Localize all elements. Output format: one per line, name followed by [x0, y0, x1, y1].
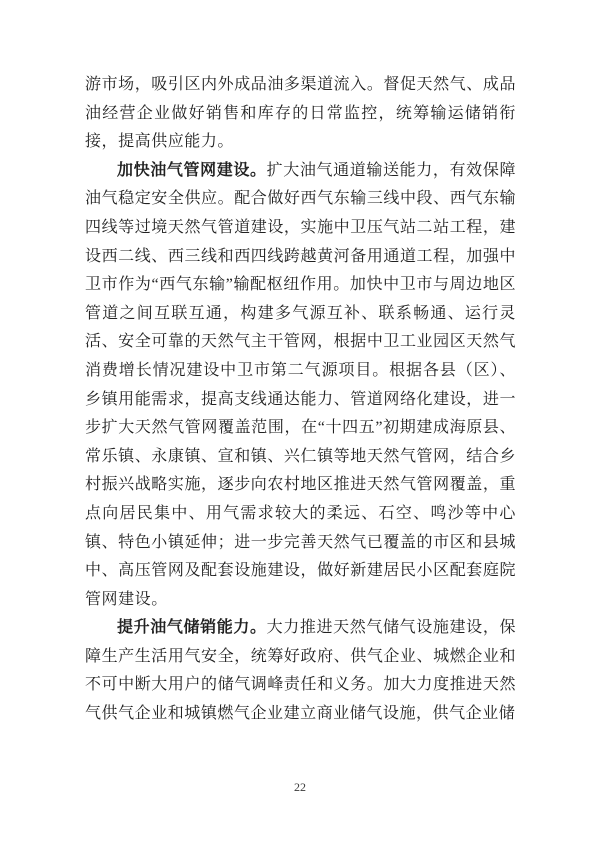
paragraph: 游市场，吸引区内外成品油多渠道流入。督促天然气、成品油经营企业做好销售和库存的日…: [85, 71, 516, 157]
paragraph-text: 游市场，吸引区内外成品油多渠道流入。督促天然气、成品油经营企业做好销售和库存的日…: [85, 76, 516, 150]
document-page: 游市场，吸引区内外成品油多渠道流入。督促天然气、成品油经营企业做好销售和库存的日…: [0, 0, 600, 848]
page-text-block: 游市场，吸引区内外成品油多渠道流入。督促天然气、成品油经营企业做好销售和库存的日…: [85, 71, 516, 729]
paragraph: 提升油气储销能力。大力推进天然气储气设施建设，保障生产生活用气安全，统筹好政府、…: [85, 614, 516, 728]
paragraph: 加快油气管网建设。扩大油气通道输送能力，有效保障油气稳定安全供应。配合做好西气东…: [85, 157, 516, 615]
paragraph-lead: 提升油气储销能力。: [117, 619, 267, 636]
paragraph-text: 扩大油气通道输送能力，有效保障油气稳定安全供应。配合做好西气东输三线中段、西气东…: [85, 162, 516, 608]
paragraph-lead: 加快油气管网建设。: [117, 162, 267, 179]
page-number: 22: [0, 780, 600, 795]
